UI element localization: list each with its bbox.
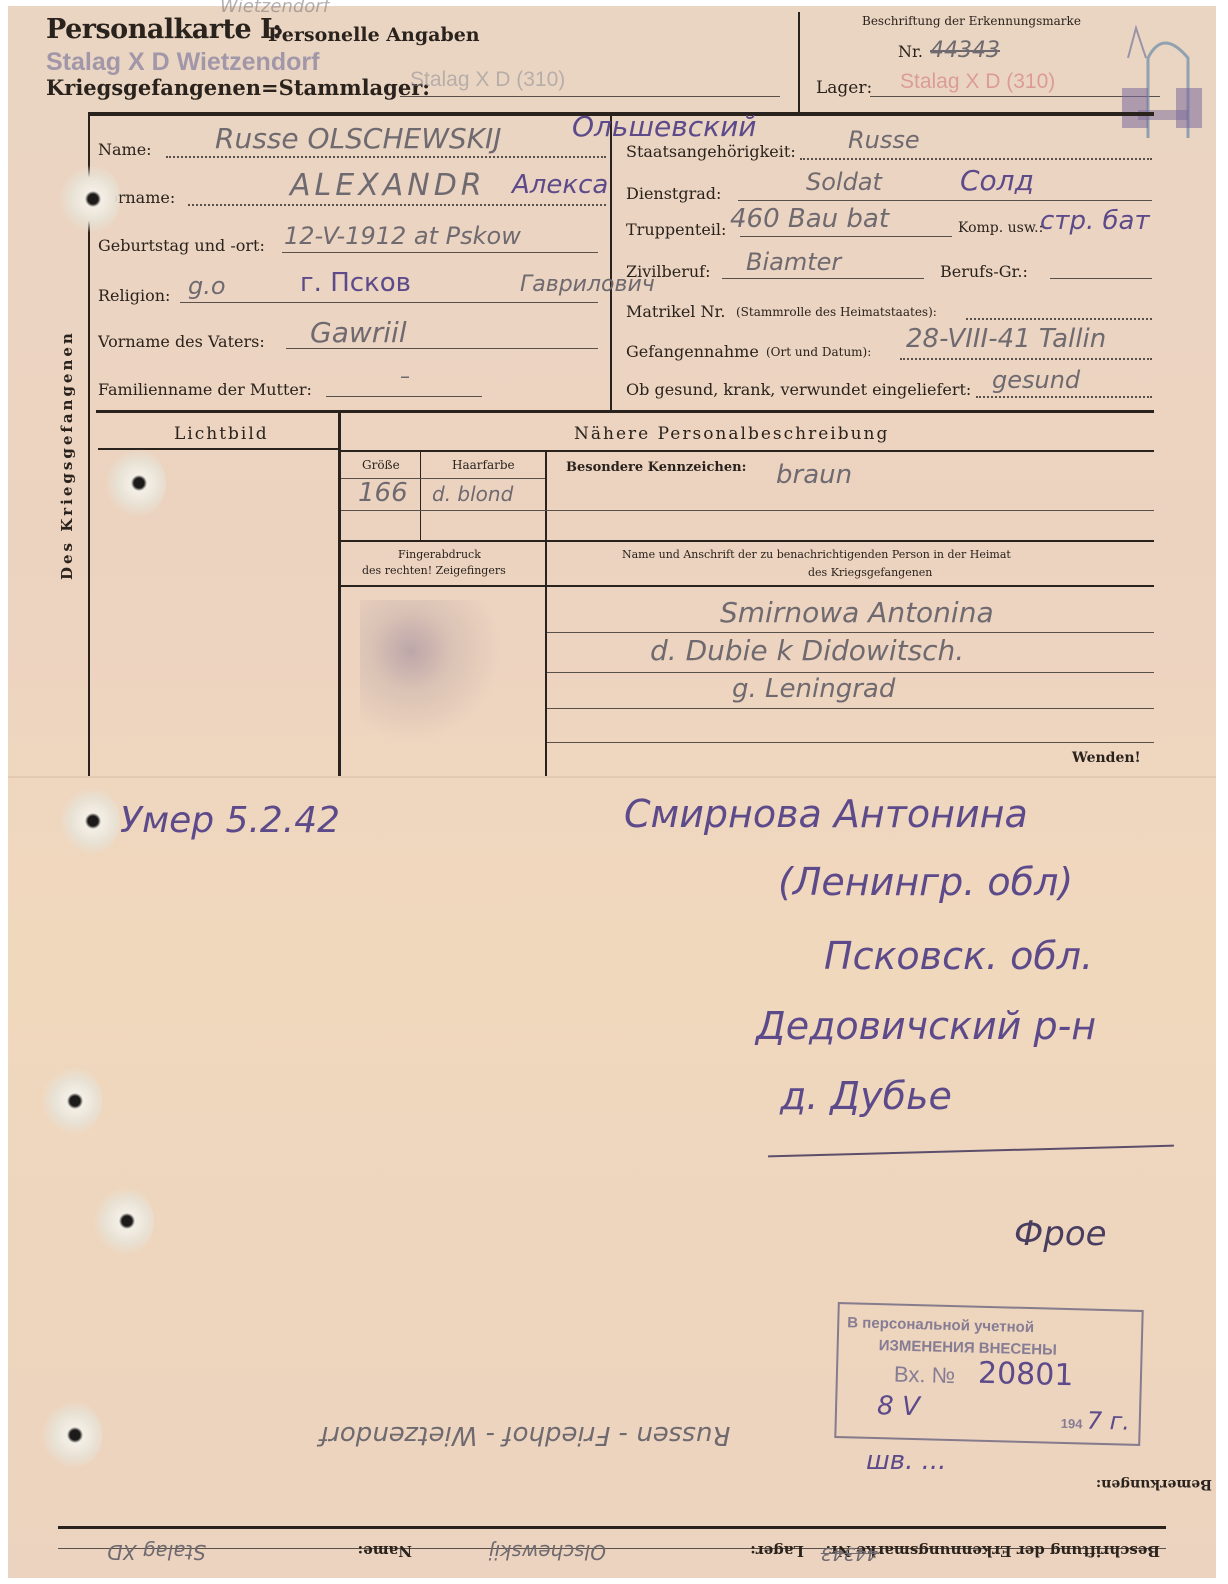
camp-mark-icon bbox=[1118, 18, 1208, 148]
marks-label: Besondere Kennzeichen: bbox=[566, 460, 746, 475]
card-title: Personalkarte I: bbox=[46, 14, 282, 45]
field-value: ALEXANDR bbox=[290, 168, 486, 203]
punch-hole bbox=[106, 448, 166, 518]
stamp-line-1: В персональной учетной bbox=[847, 1314, 1034, 1336]
address-line-4: Дедовичский р-н bbox=[756, 1004, 1096, 1048]
hair-header: Haarfarbe bbox=[452, 458, 515, 472]
field-value-ru: Ольшевский bbox=[572, 110, 757, 143]
photo-heading: Lichtbild bbox=[174, 424, 269, 444]
camp-stamp: Stalag X D Wietzendorf bbox=[46, 48, 319, 77]
contact-line-2: d. Dubie k Didowitsch. bbox=[650, 634, 964, 667]
height-value: 166 bbox=[358, 478, 408, 508]
field-value: – bbox=[400, 364, 410, 388]
fingerprint-box bbox=[360, 600, 530, 770]
punch-hole bbox=[42, 1400, 102, 1470]
contact-rule bbox=[547, 672, 1154, 673]
field-value: Soldat bbox=[806, 168, 882, 196]
field-label: Matrikel Nr. bbox=[626, 302, 725, 321]
field-label: Dienstgrad: bbox=[626, 184, 721, 203]
description-heading: Nähere Personalbeschreibung bbox=[574, 424, 889, 444]
stammlager-underline bbox=[400, 96, 780, 97]
field-value: 28-VIII-41 Tallin bbox=[906, 324, 1106, 354]
inverted-note: Russen - Friedhof - Wietzendorf bbox=[320, 1420, 730, 1450]
contact-rule bbox=[547, 742, 1154, 743]
punch-hole bbox=[94, 1186, 154, 1256]
stamp-initials: шв. ... bbox=[866, 1446, 946, 1476]
footer-lager-label: Lager: bbox=[750, 1542, 804, 1560]
footer-name-value: Stalag XD bbox=[107, 1540, 206, 1564]
field-label: Religion: bbox=[98, 286, 170, 305]
punch-hole bbox=[42, 1066, 102, 1136]
address-line-5: д. Дубье bbox=[780, 1074, 952, 1118]
field-value: g.o bbox=[188, 272, 226, 300]
contact-label-2: des Kriegsgefangenen bbox=[808, 566, 932, 579]
marks-value: braun bbox=[776, 460, 852, 490]
hair-value: d. blond bbox=[432, 482, 513, 506]
tag-nr-value: 44343 bbox=[930, 38, 1000, 63]
field-label: Familienname der Mutter: bbox=[98, 380, 312, 399]
table-rule bbox=[341, 540, 1154, 542]
tag-lager-value: Stalag X D (310) bbox=[900, 70, 1055, 94]
contact-label-1: Name und Anschrift der zu benachrichtige… bbox=[622, 548, 1011, 561]
field-value: Gawriil bbox=[310, 316, 407, 349]
stamp-year: 194 bbox=[1061, 1416, 1083, 1432]
field-label-small: (Ort und Datum): bbox=[766, 345, 871, 359]
height-header: Größe bbox=[362, 458, 400, 472]
mid-divider bbox=[610, 116, 612, 410]
turn-label: Wenden! bbox=[1072, 750, 1141, 766]
field-label: Vorname des Vaters: bbox=[98, 332, 265, 351]
description-col-divider bbox=[545, 452, 547, 776]
fold-crease bbox=[8, 776, 1216, 778]
punch-hole bbox=[60, 164, 120, 234]
field-value: Russe OLSCHEWSKIJ bbox=[215, 122, 502, 155]
tag-heading: Beschriftung der Erkennungsmarke bbox=[862, 14, 1081, 28]
footer-lager-value: Olschewskij bbox=[489, 1540, 606, 1564]
field-label: Ob gesund, krank, verwundet eingeliefert… bbox=[626, 380, 971, 399]
tag-lager-underline bbox=[870, 96, 1160, 97]
contact-line-3: g. Leningrad bbox=[732, 674, 895, 704]
field-value: gesund bbox=[992, 366, 1080, 394]
table-rule bbox=[341, 585, 1154, 587]
field-value: Russe bbox=[848, 126, 920, 154]
description-rule bbox=[341, 450, 1154, 452]
field-label: Gefangennahme bbox=[626, 342, 759, 361]
tag-lager-label: Lager: bbox=[816, 78, 872, 98]
address-line-1: Смирнова Антонина bbox=[624, 792, 1028, 836]
field-label: Geburtstag und -ort: bbox=[98, 236, 265, 255]
archive-stamp: В персональной учетной ИЗМЕНЕНИЯ ВНЕСЕНЫ… bbox=[834, 1302, 1143, 1446]
field-label: Name: bbox=[98, 140, 152, 159]
height-hair-divider bbox=[420, 452, 421, 540]
remarks-label: Bemerkungen: bbox=[1096, 1476, 1212, 1492]
stammlager-value: Stalag X D (310) bbox=[410, 68, 565, 92]
stammlager-label: Kriegsgefangenen=Stammlager: bbox=[46, 75, 430, 100]
contact-rule bbox=[547, 632, 1154, 633]
field-value-ru: стр. бат bbox=[1040, 206, 1150, 236]
field-value-ru: Алекса bbox=[512, 170, 608, 200]
tag-divider bbox=[798, 12, 800, 112]
field-label-2: Berufs-Gr.: bbox=[940, 262, 1028, 281]
field-label: Zivilberuf: bbox=[626, 262, 710, 281]
footer-nr: 44343 bbox=[821, 1543, 878, 1564]
stamp-date: 8 V bbox=[877, 1391, 920, 1422]
field-label-2: Komp. usw.: bbox=[958, 220, 1043, 236]
stamp-no-value: 20801 bbox=[978, 1356, 1074, 1393]
field-value: 460 Bau bat bbox=[730, 204, 889, 234]
stamp-year-suffix: 7 г. bbox=[1086, 1407, 1130, 1436]
tag-nr-label: Nr. bbox=[898, 42, 923, 61]
stamp-line-2: ИЗМЕНЕНИЯ ВНЕСЕНЫ bbox=[878, 1337, 1056, 1359]
footer-name-label: Name: bbox=[358, 1542, 412, 1560]
table-rule bbox=[341, 510, 1154, 511]
field-value: 12-V-1912 at Pskow bbox=[284, 222, 521, 250]
contact-rule bbox=[547, 708, 1154, 709]
photo-divider bbox=[338, 413, 341, 776]
punch-hole bbox=[60, 786, 120, 856]
death-note: Умер 5.2.42 bbox=[120, 800, 340, 841]
field-value-ru: г. Псков bbox=[300, 268, 411, 298]
side-label: Des Kriegsgefangenen bbox=[58, 330, 76, 580]
inverted-footer: Beschriftung der Erkennungsmarke Nr. 443… bbox=[58, 1532, 1166, 1566]
stamp-no-label: Вх. № bbox=[894, 1362, 956, 1390]
card-subtitle: Personelle Angaben bbox=[268, 24, 480, 46]
fingerprint-label-2: des rechten! Zeigefingers bbox=[362, 564, 506, 577]
field-label: Truppenteil: bbox=[626, 220, 726, 239]
contact-line-1: Smirnowa Antonina bbox=[720, 596, 994, 629]
section-divider bbox=[96, 410, 1154, 413]
signature: Фрое bbox=[1014, 1214, 1107, 1254]
field-label: Staatsangehörigkeit: bbox=[626, 142, 796, 161]
field-value-ru: Солд bbox=[960, 164, 1034, 197]
field-label-small: (Stammrolle des Heimatstaates): bbox=[736, 305, 937, 319]
field-value: Biamter bbox=[746, 248, 841, 276]
address-line-2: (Ленингр. обл) bbox=[778, 860, 1073, 904]
footer-rule bbox=[58, 1526, 1166, 1529]
address-line-3: Псковск. обл. bbox=[824, 934, 1093, 978]
fingerprint-label-1: Fingerabdruck bbox=[398, 548, 481, 561]
